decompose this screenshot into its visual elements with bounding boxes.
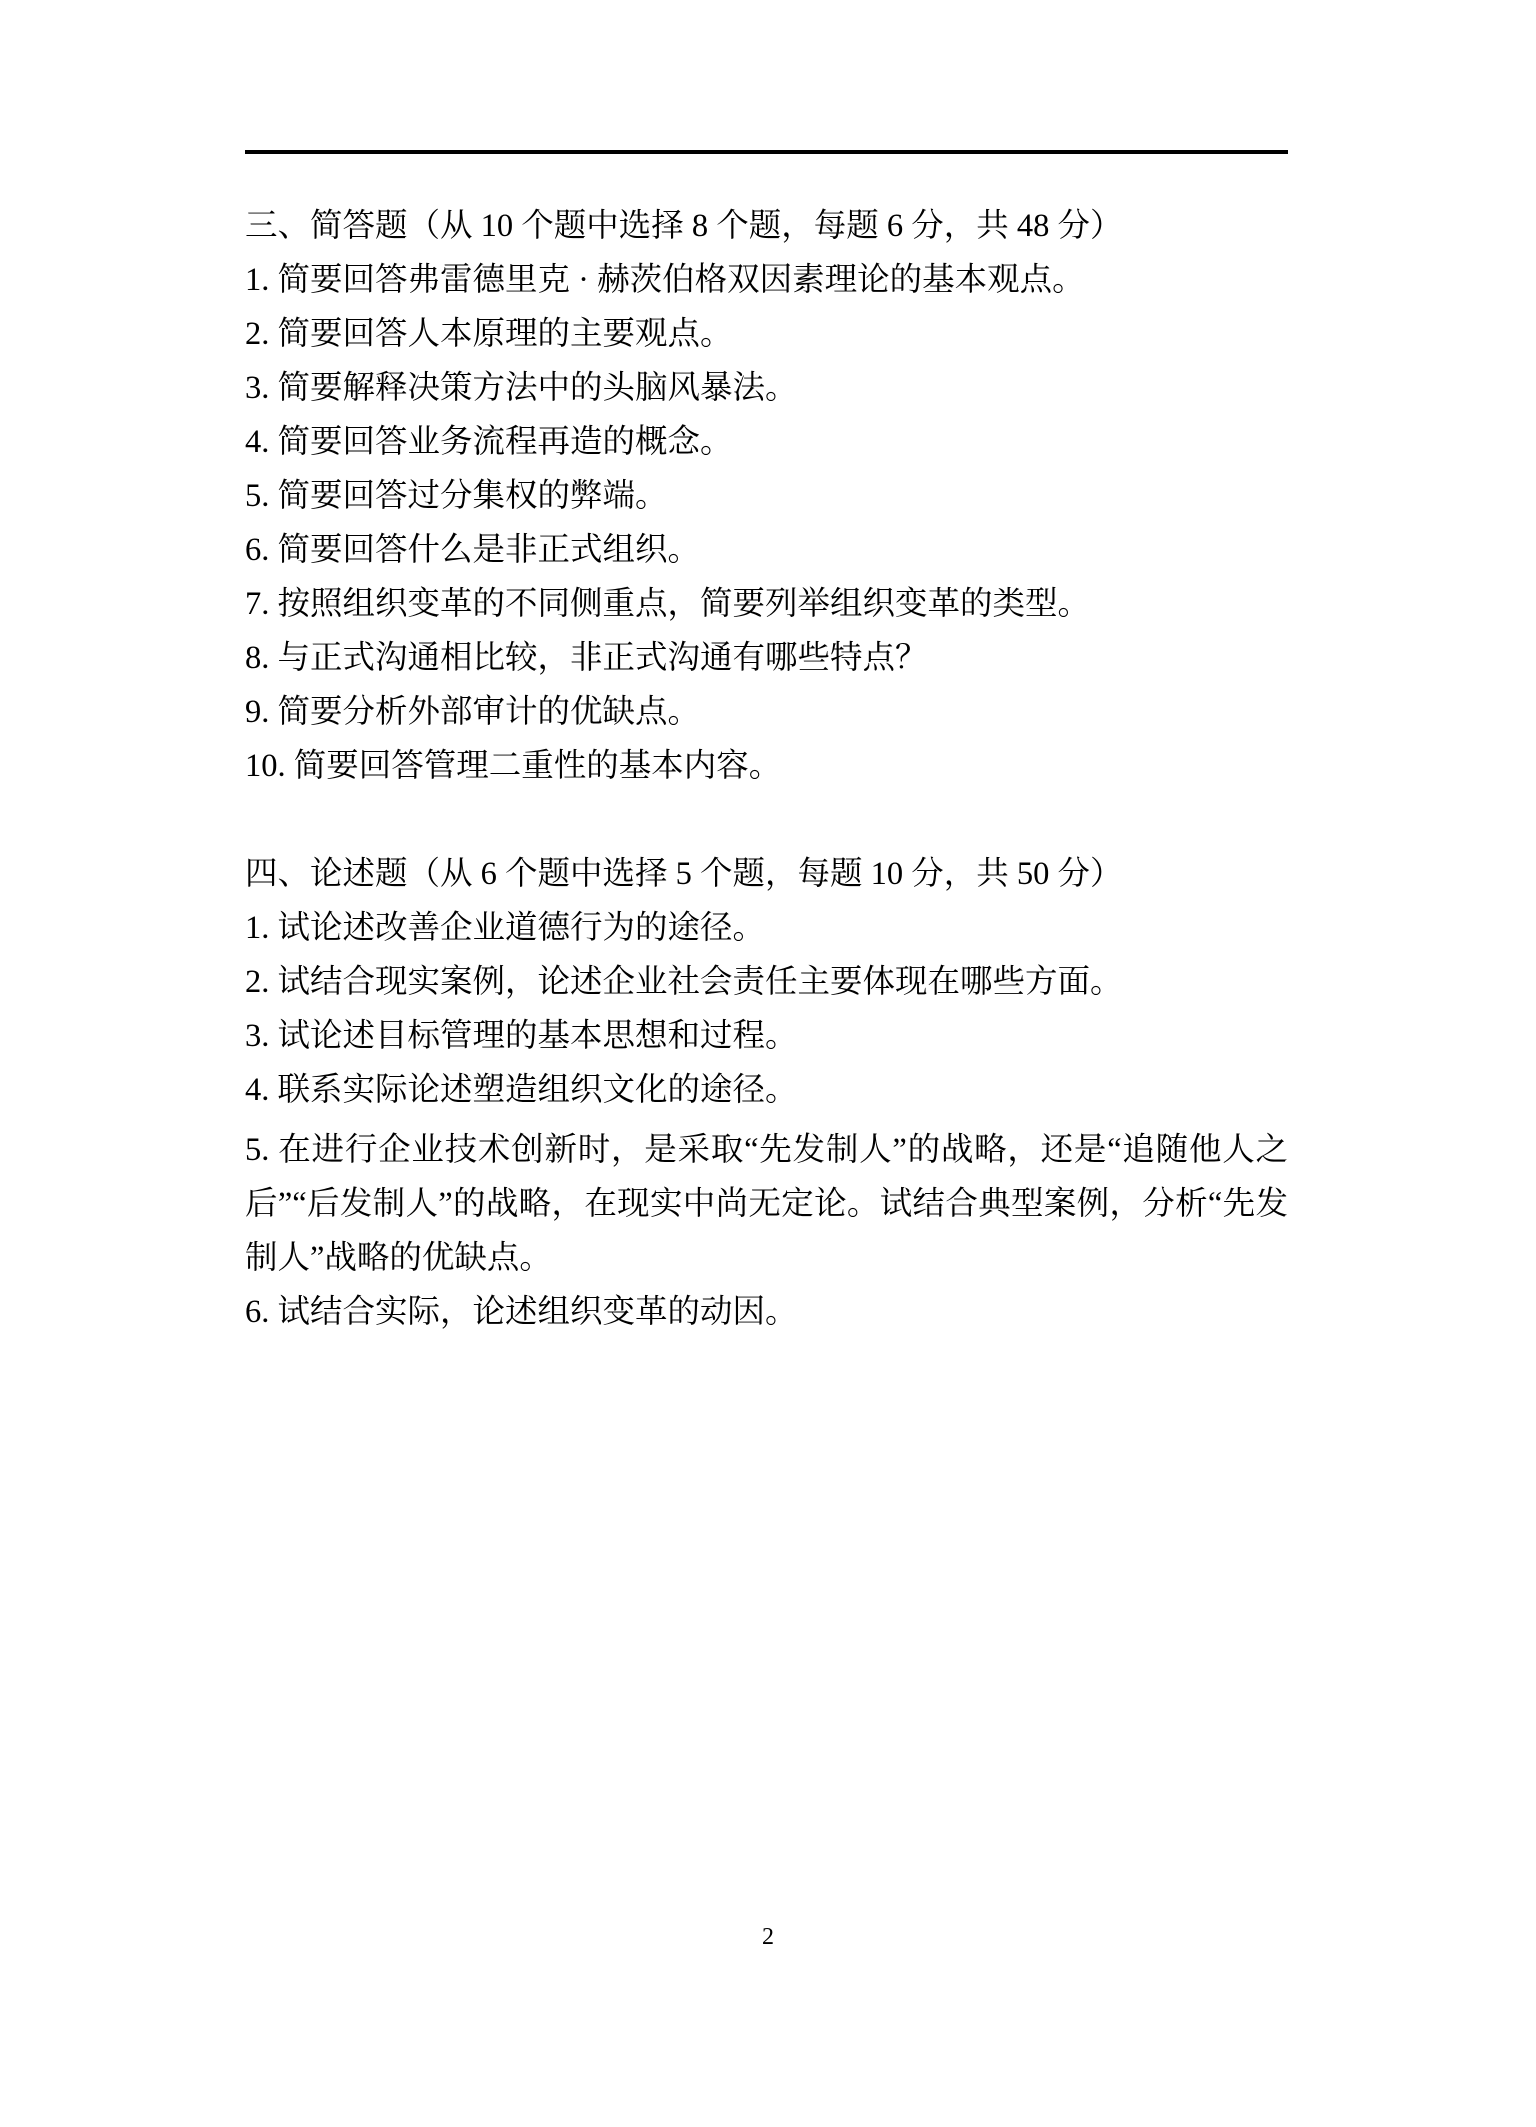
section-3-question-3: 3. 简要解释决策方法中的头脑风暴法。 xyxy=(245,361,1288,415)
section-3-question-4: 4. 简要回答业务流程再造的概念。 xyxy=(245,415,1288,469)
exam-page: 三、简答题（从 10 个题中选择 8 个题，每题 6 分，共 48 分） 1. … xyxy=(0,0,1536,2127)
page-number: 2 xyxy=(0,1922,1536,1952)
section-gap xyxy=(245,793,1288,847)
section-4-question-5: 5. 在进行企业技术创新时，是采取“先发制人”的战略，还是“追随他人之后”“后发… xyxy=(245,1123,1288,1285)
section-4-question-2: 2. 试结合现实案例，论述企业社会责任主要体现在哪些方面。 xyxy=(245,955,1288,1009)
section-4-question-1: 1. 试论述改善企业道德行为的途径。 xyxy=(245,901,1288,955)
section-3-question-10: 10. 简要回答管理二重性的基本内容。 xyxy=(245,739,1288,793)
section-4-heading: 四、论述题（从 6 个题中选择 5 个题，每题 10 分，共 50 分） xyxy=(245,847,1288,901)
section-3-question-2: 2. 简要回答人本原理的主要观点。 xyxy=(245,307,1288,361)
exam-body: 三、简答题（从 10 个题中选择 8 个题，每题 6 分，共 48 分） 1. … xyxy=(245,199,1288,1339)
section-3-question-9: 9. 简要分析外部审计的优缺点。 xyxy=(245,685,1288,739)
section-4-question-6: 6. 试结合实际，论述组织变革的动因。 xyxy=(245,1285,1288,1339)
section-3-question-5: 5. 简要回答过分集权的弊端。 xyxy=(245,469,1288,523)
section-3-heading: 三、简答题（从 10 个题中选择 8 个题，每题 6 分，共 48 分） xyxy=(245,199,1288,253)
section-3-question-1: 1. 简要回答弗雷德里克 · 赫茨伯格双因素理论的基本观点。 xyxy=(245,253,1288,307)
section-3-question-6: 6. 简要回答什么是非正式组织。 xyxy=(245,523,1288,577)
header-divider-rule xyxy=(245,150,1288,154)
section-3-question-8: 8. 与正式沟通相比较，非正式沟通有哪些特点？ xyxy=(245,631,1288,685)
section-4-question-3: 3. 试论述目标管理的基本思想和过程。 xyxy=(245,1009,1288,1063)
section-3-question-7: 7. 按照组织变革的不同侧重点，简要列举组织变革的类型。 xyxy=(245,577,1288,631)
section-4-question-4: 4. 联系实际论述塑造组织文化的途径。 xyxy=(245,1063,1288,1117)
